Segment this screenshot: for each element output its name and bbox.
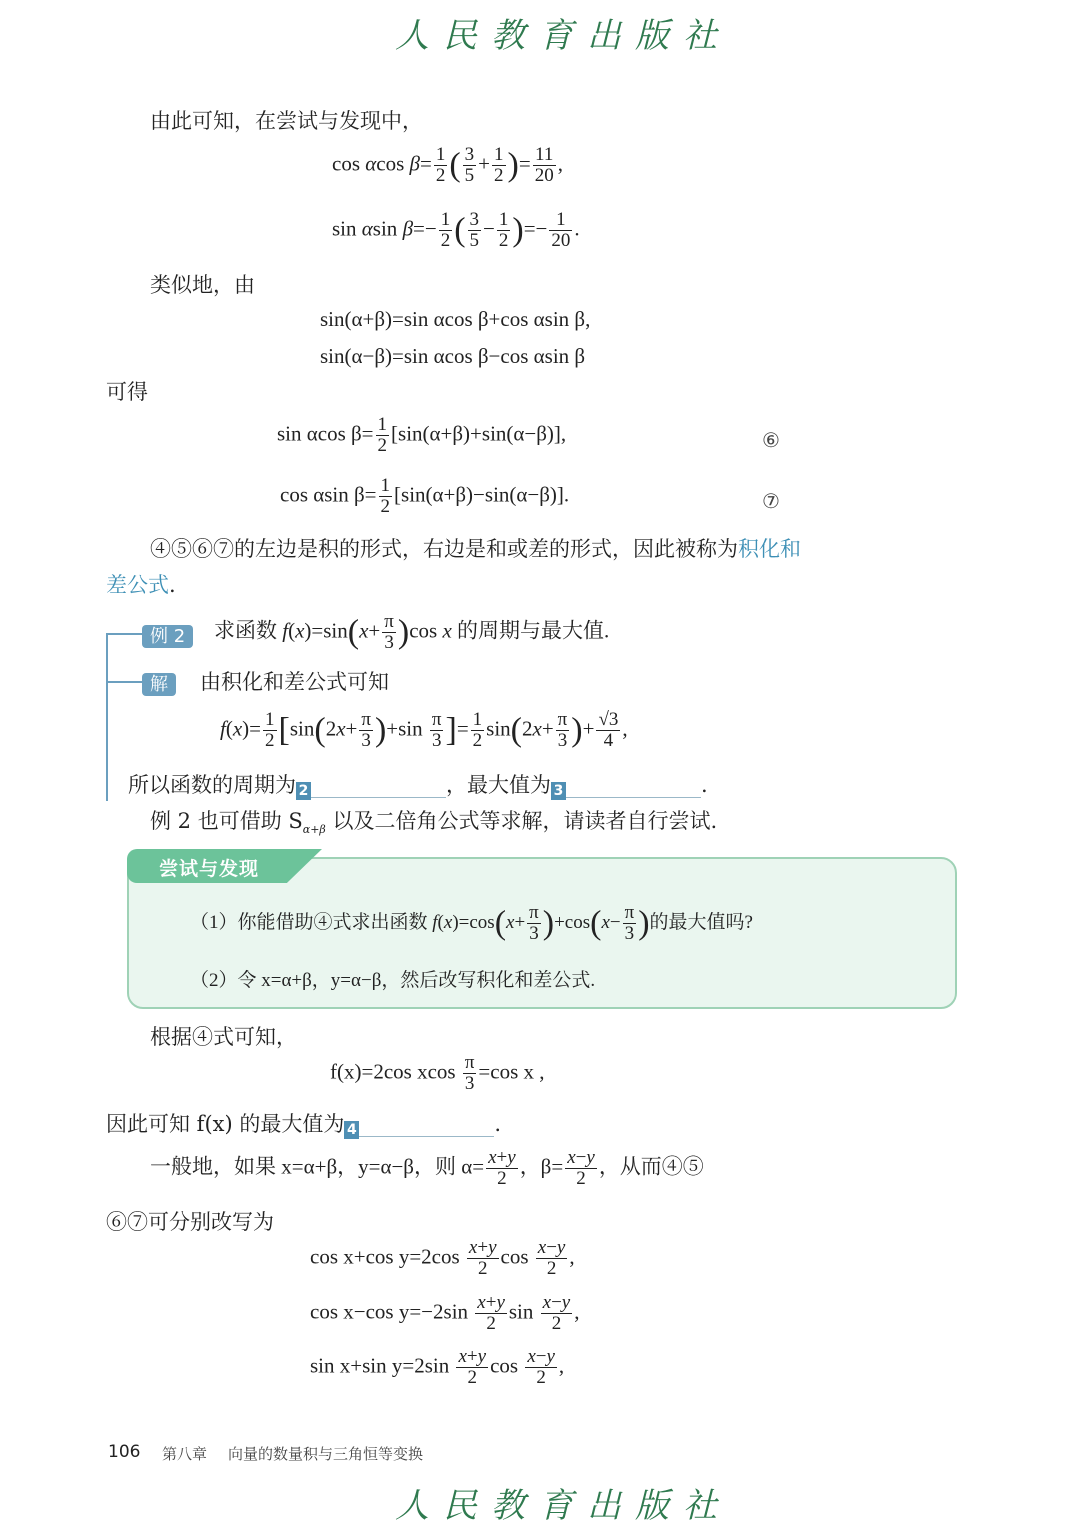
- publisher-logo-footer: 人民教育出版社: [395, 1478, 731, 1527]
- answer-blank-4[interactable]: 4: [344, 1114, 494, 1137]
- para1-intro: 由此可知，在尝试与发现中，: [150, 108, 423, 134]
- equation-label-7: ⑦: [762, 489, 780, 513]
- para4-text: ④⑤⑥⑦的左边是积的形式，右边是和或差的形式，因此被称为积化和: [150, 536, 801, 562]
- example-note: 例 2 也可借助 Sα+β 以及二倍角公式等求解，请读者自行尝试.: [150, 808, 717, 843]
- formula-sin-plus-sin: sin x+sin y=2sin x+y2cos x−y2,: [310, 1347, 564, 1388]
- para4-text-cont: 差公式.: [106, 572, 176, 598]
- publisher-logo-header: 人民教育出版社: [395, 8, 731, 57]
- equation-label-6: ⑥: [762, 428, 780, 452]
- chapter-label: 第八章: [162, 1443, 207, 1464]
- solution-conclusion: 所以函数的周期为2，最大值为3.: [128, 772, 708, 798]
- chapter-title: 向量的数量积与三角恒等变换: [228, 1443, 423, 1464]
- formula-cos-plus-cos: cos x+cos y=2cos x+y2cos x−y2,: [310, 1238, 575, 1279]
- example-bracket-line: [106, 633, 108, 801]
- equation-sin-sum: sin(α+β)=sin αcos β+cos αsin β,: [320, 307, 590, 332]
- example-tag: 例 2: [142, 622, 193, 648]
- answer-blank-2[interactable]: 2: [296, 775, 446, 798]
- term-highlight: 积化和: [738, 537, 801, 561]
- para2-intro: 类似地，由: [150, 272, 255, 298]
- try-question-2: （2）令 x=α+β，y=α−β，然后改写积化和差公式.: [190, 965, 595, 992]
- equation-sin-sin: sin αsin β=−12(35−12)=−120.: [332, 210, 580, 251]
- example-connector: [106, 633, 142, 635]
- equation-7: cos αsin β=12[sin(α+β)−sin(α−β)].: [280, 476, 569, 517]
- page-number: 106: [108, 1442, 140, 1462]
- example-question: 求函数 f(x)=sin(x+π3)cos x 的周期与最大值.: [214, 612, 609, 653]
- para5-intro: 根据④式可知，: [150, 1024, 297, 1050]
- answer-blank-3[interactable]: 3: [551, 775, 701, 798]
- solution-intro: 由积化和差公式可知: [200, 669, 389, 695]
- para5-conclusion: 因此可知 f(x) 的最大值为4.: [106, 1111, 501, 1137]
- equation-cos-cos: cos αcos β=12(35+12)=1120,: [332, 145, 563, 186]
- equation-sin-diff: sin(α−β)=sin αcos β−cos αsin β: [320, 344, 585, 369]
- para6-text-cont: ⑥⑦可分别改写为: [106, 1209, 274, 1235]
- try-question-1: （1）你能借助④式求出函数 f(x)=cos(x+π3)+cos(x−π3)的最…: [190, 903, 753, 944]
- solution-equation: f(x)=12[sin(2x+π3)+sin π3]=12sin(2x+π3)+…: [220, 710, 628, 751]
- para3-intro: 可得: [106, 379, 148, 405]
- equation-fx-cos: f(x)=2cos xcos π3=cos x ,: [330, 1053, 545, 1094]
- solution-connector: [106, 681, 142, 683]
- para6-text: 一般地，如果 x=α+β，y=α−β，则 α=x+y2，β=x−y2，从而④⑤: [150, 1148, 704, 1189]
- formula-cos-minus-cos: cos x−cos y=−2sin x+y2sin x−y2,: [310, 1293, 579, 1334]
- solution-tag: 解: [142, 670, 176, 696]
- equation-6: sin αcos β=12[sin(α+β)+sin(α−β)],: [277, 415, 566, 456]
